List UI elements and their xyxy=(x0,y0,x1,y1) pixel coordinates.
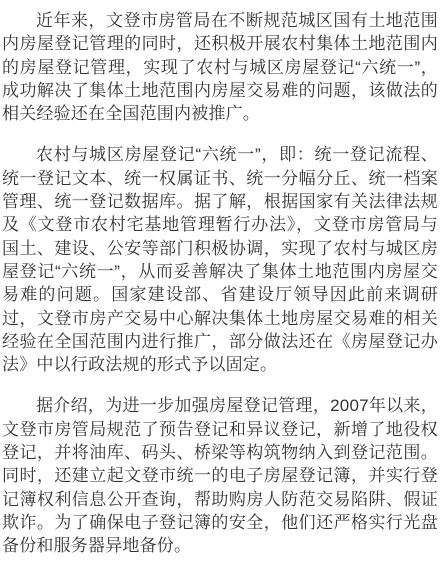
paragraph-six-unifications: 农村与城区房屋登记“六统一”，即：统一登记流程、统一登记文本、统一权属证书、统一… xyxy=(2,143,438,376)
paragraph-intro: 近年来，文登市房管局在不断规范城区国有土地范围内房屋登记管理的同时，还积极开展农… xyxy=(2,9,438,125)
article-body: 近年来，文登市房管局在不断规范城区国有土地范围内房屋登记管理的同时，还积极开展农… xyxy=(0,0,440,558)
paragraph-registration-measures: 据介绍，为进一步加强房屋登记管理，2007年以来，文登市房管局规范了预告登记和异… xyxy=(2,394,438,557)
